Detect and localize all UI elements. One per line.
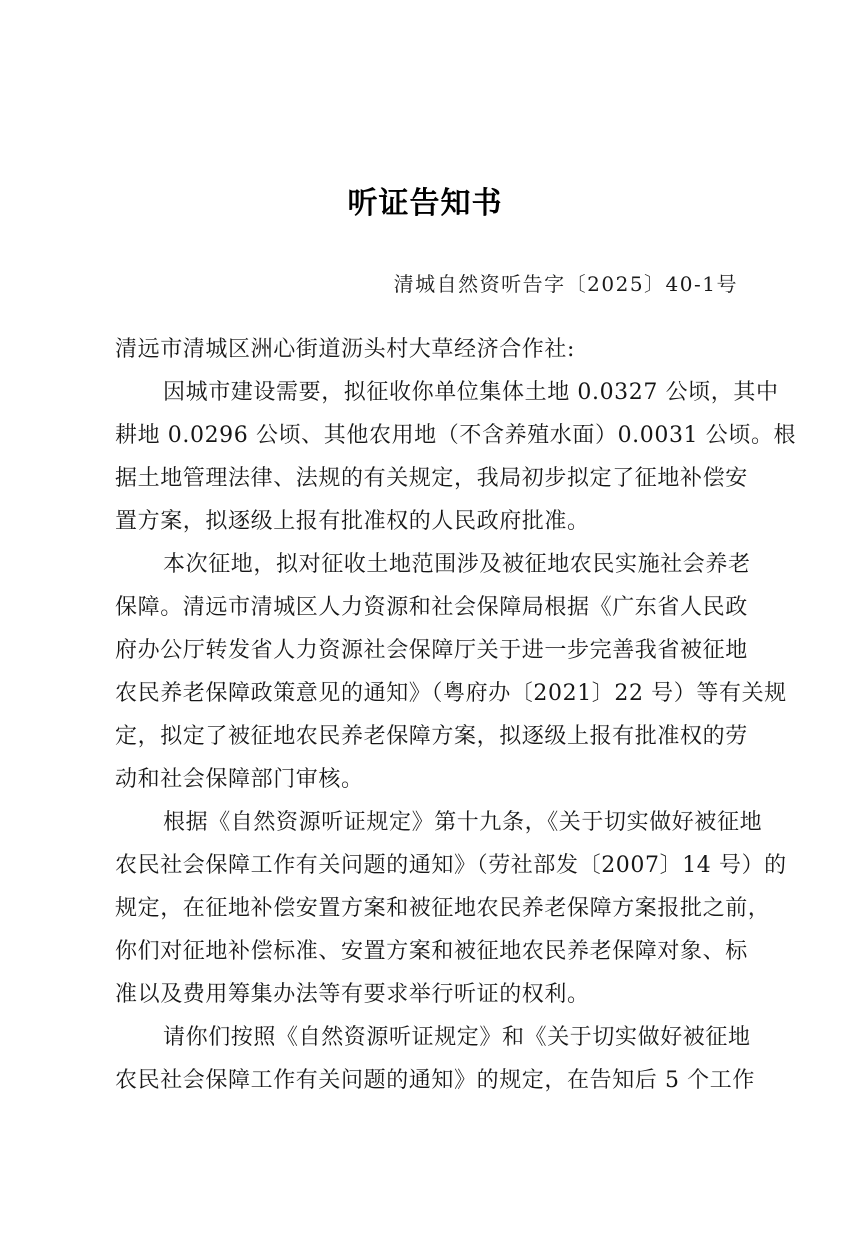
body-line: 农民养老保障政策意见的通知》（粤府办〔2021〕22 号）等有关规 (115, 677, 738, 720)
body-line: 请你们按照《自然资源听证规定》和《关于切实做好被征地 (115, 1021, 738, 1064)
body-line: 保障。清远市清城区人力资源和社会保障局根据《广东省人民政 (115, 591, 738, 634)
addressee: 清远市清城区洲心街道沥头村大草经济合作社: (115, 333, 738, 376)
document-body: 清远市清城区洲心街道沥头村大草经济合作社: 因城市建设需要，拟征收你单位集体土地… (115, 333, 738, 1107)
document-title: 听证告知书 (0, 178, 850, 222)
body-line: 农民社会保障工作有关问题的通知》的规定，在告知后 5 个工作 (115, 1064, 738, 1107)
document-page: 听证告知书 清城自然资听告字〔2025〕40-1号 清远市清城区洲心街道沥头村大… (0, 0, 850, 1242)
body-line: 置方案，拟逐级上报有批准权的人民政府批准。 (115, 505, 738, 548)
body-line: 耕地 0.0296 公顷、其他农用地（不含养殖水面）0.0031 公顷。根 (115, 419, 738, 462)
body-line: 根据《自然资源听证规定》第十九条，《关于切实做好被征地 (115, 806, 738, 849)
body-line: 动和社会保障部门审核。 (115, 763, 738, 806)
body-line: 规定，在征地补偿安置方案和被征地农民养老保障方案报批之前， (115, 892, 738, 935)
body-line: 府办公厅转发省人力资源社会保障厅关于进一步完善我省被征地 (115, 634, 738, 677)
document-number: 清城自然资听告字〔2025〕40-1号 (394, 268, 738, 297)
body-line: 农民社会保障工作有关问题的通知》（劳社部发〔2007〕14 号）的 (115, 849, 738, 892)
body-line: 准以及费用筹集办法等有要求举行听证的权利。 (115, 978, 738, 1021)
body-line: 因城市建设需要，拟征收你单位集体土地 0.0327 公顷，其中 (115, 376, 738, 419)
body-line: 定，拟定了被征地农民养老保障方案，拟逐级上报有批准权的劳 (115, 720, 738, 763)
body-line: 据土地管理法律、法规的有关规定，我局初步拟定了征地补偿安 (115, 462, 738, 505)
body-line: 你们对征地补偿标准、安置方案和被征地农民养老保障对象、标 (115, 935, 738, 978)
body-line: 本次征地，拟对征收土地范围涉及被征地农民实施社会养老 (115, 548, 738, 591)
